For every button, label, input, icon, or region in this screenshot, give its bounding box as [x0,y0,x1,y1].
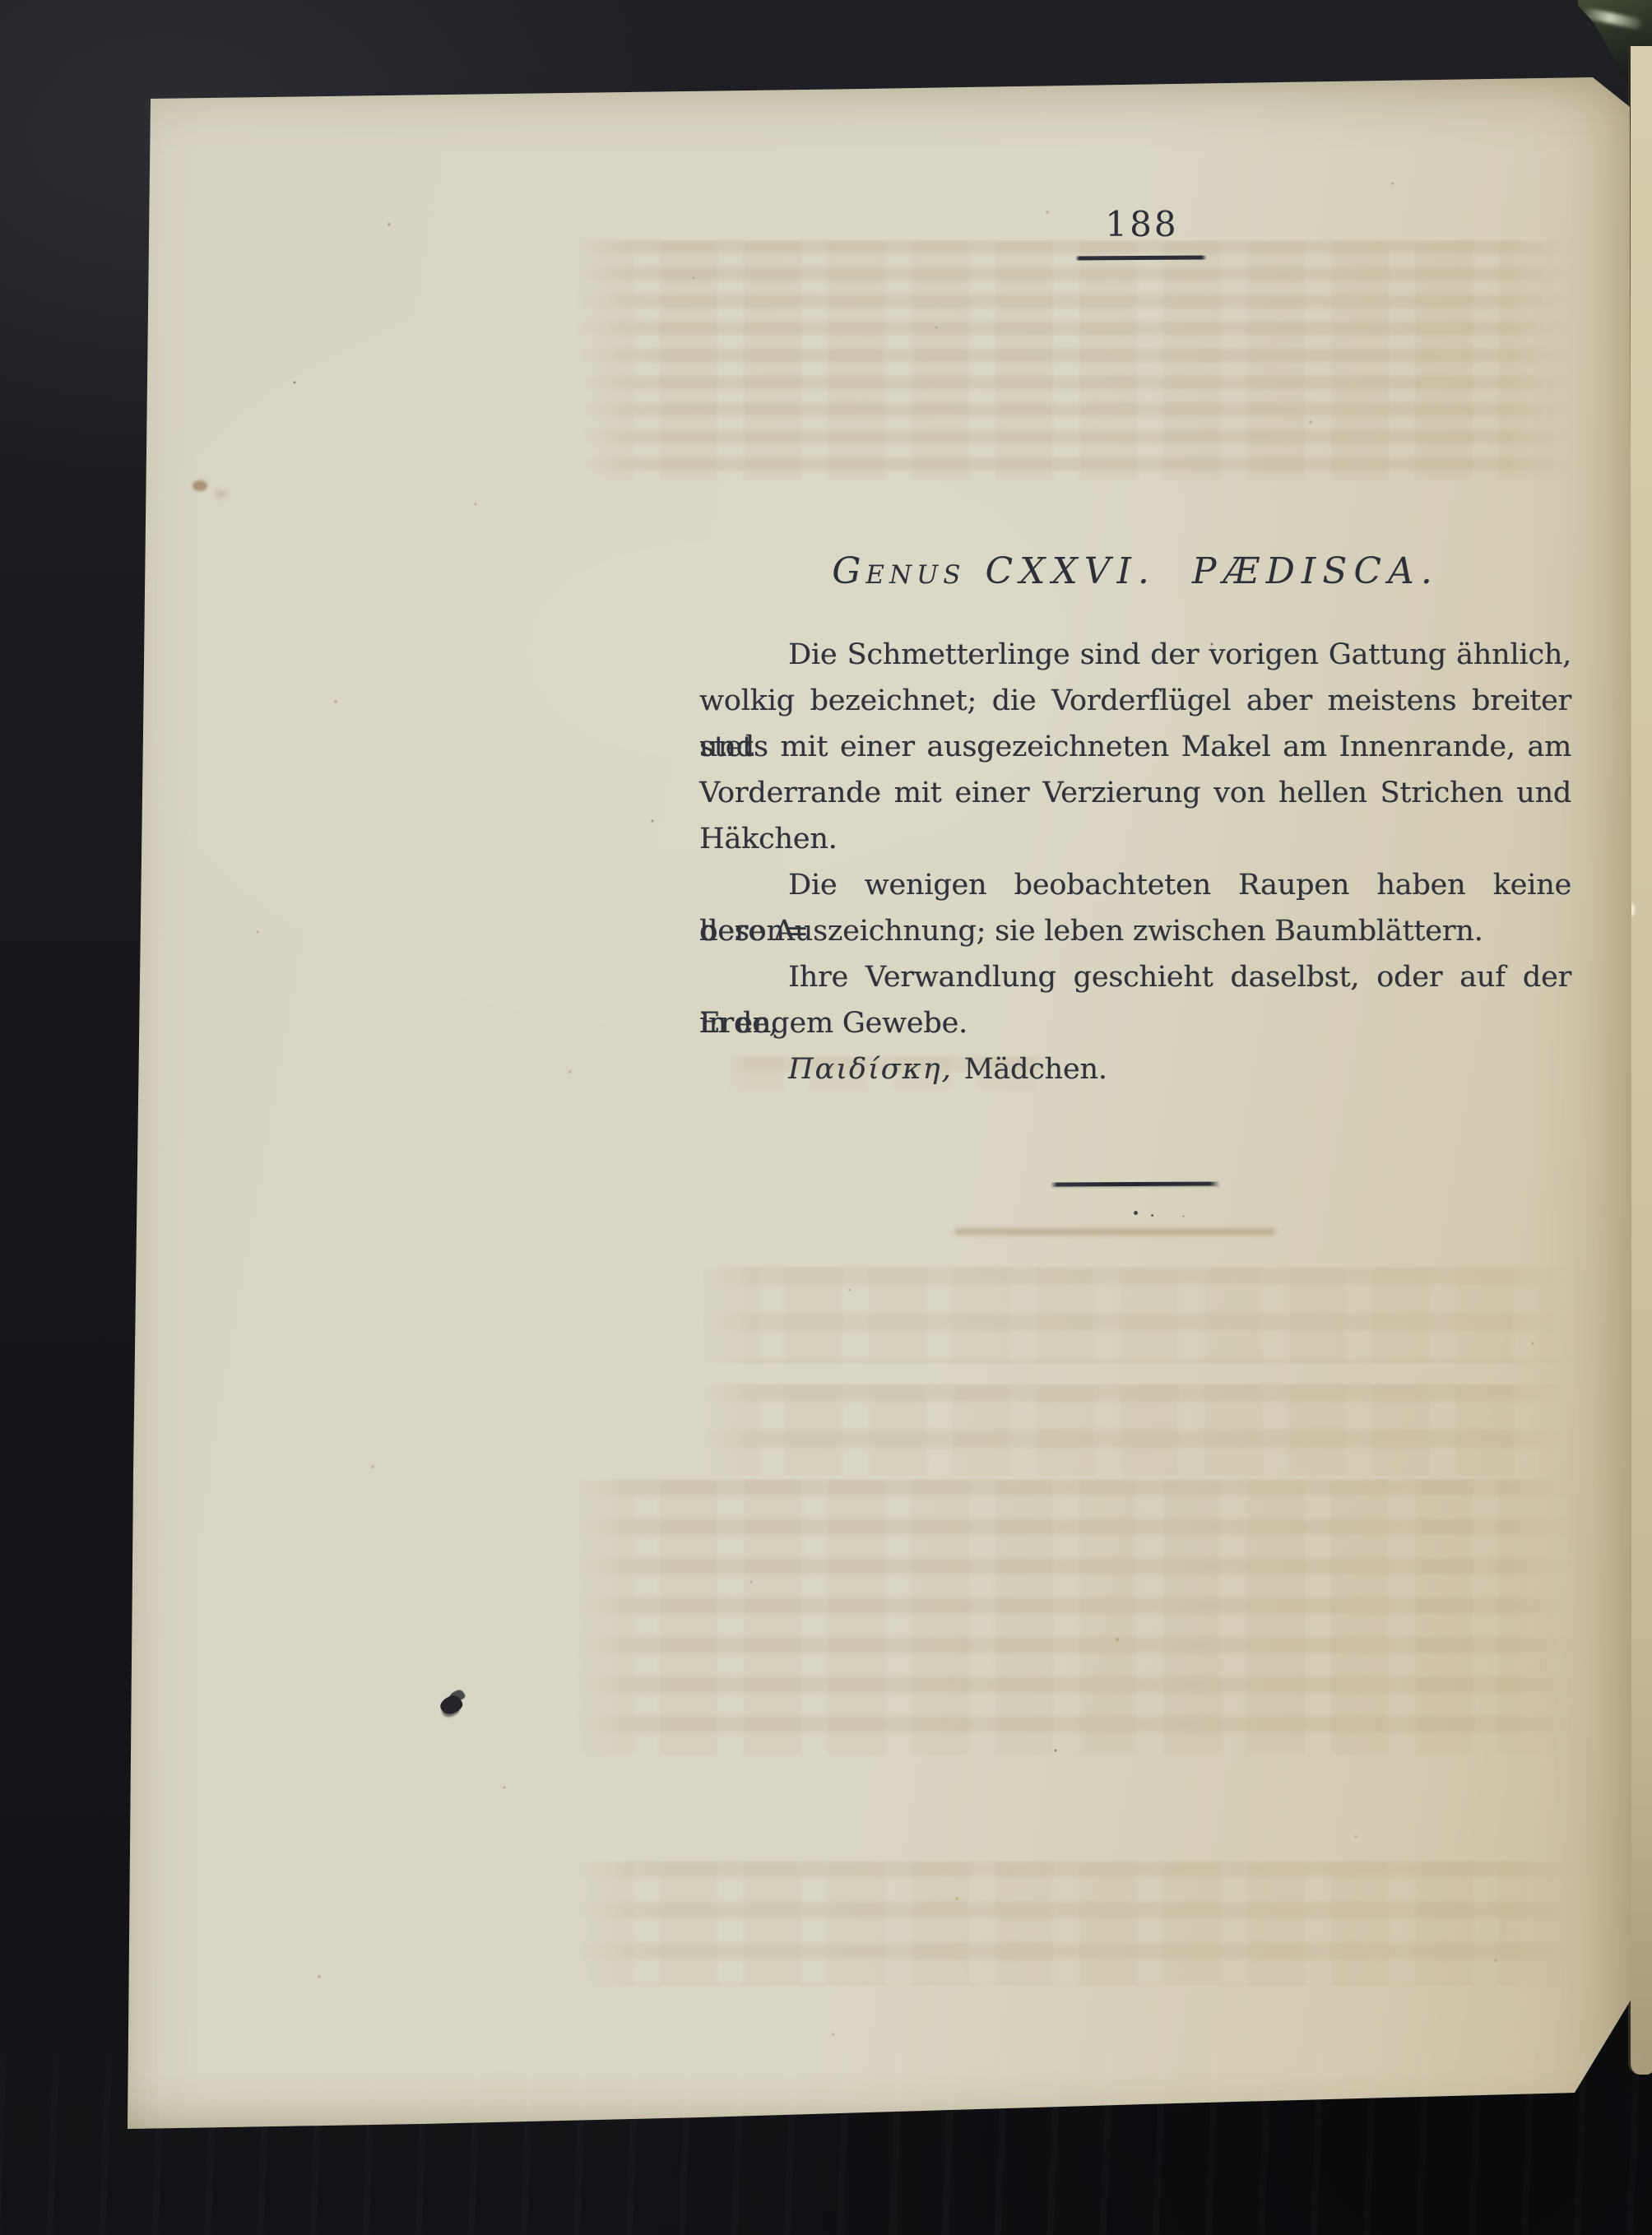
greek-gloss: Mädchen. [964,1053,1107,1086]
binding-highlight [1582,7,1642,30]
paper-texture-specks [125,76,127,77]
page-number: 188 [1105,204,1178,244]
section-divider [1051,1181,1220,1186]
text-line: Die Schmetterlinge sind der vorigen Gatt… [699,632,1571,678]
text-line: dere Auszeichnung; sie leben zwischen Ba… [699,908,1571,954]
text-line: in engem Gewebe. [699,1000,1571,1046]
text-line: Häkchen. [699,816,1571,862]
genus-name: PÆDISCA. [1192,550,1439,592]
bleedthrough-text [576,1861,1573,1986]
page-header: 188 [706,204,1578,245]
bleedthrough-text [576,1479,1573,1755]
scan-background: { "page": { "number": "188", "heading": … [0,0,1652,2235]
divider-dots [1134,1211,1138,1215]
page: 188 Genus CXXVI. PÆDISCA. Die Schmetterl… [125,76,1631,2131]
next-page-edge [1628,46,1652,2075]
genus-label: Genus [832,550,965,592]
bleedthrough-text [576,240,1573,480]
text-line: Vorderrande mit einer Verzierung von hel… [699,770,1571,816]
bleedthrough-rule [954,1229,1275,1235]
genus-numeral: CXXVI. [985,550,1155,592]
bleedthrough-text [701,1267,1571,1364]
genus-heading: Genus CXXVI. PÆDISCA. [699,547,1571,596]
ink-blot [438,1693,464,1716]
stain-spot [193,480,207,491]
bleedthrough-text [701,1384,1571,1476]
etymology-line: Παιδίσκη,Mädchen. [699,1046,1571,1092]
text-line: stets mit einer ausgezeichneten Makel am… [699,724,1571,770]
greek-term: Παιδίσκη, [788,1053,953,1086]
